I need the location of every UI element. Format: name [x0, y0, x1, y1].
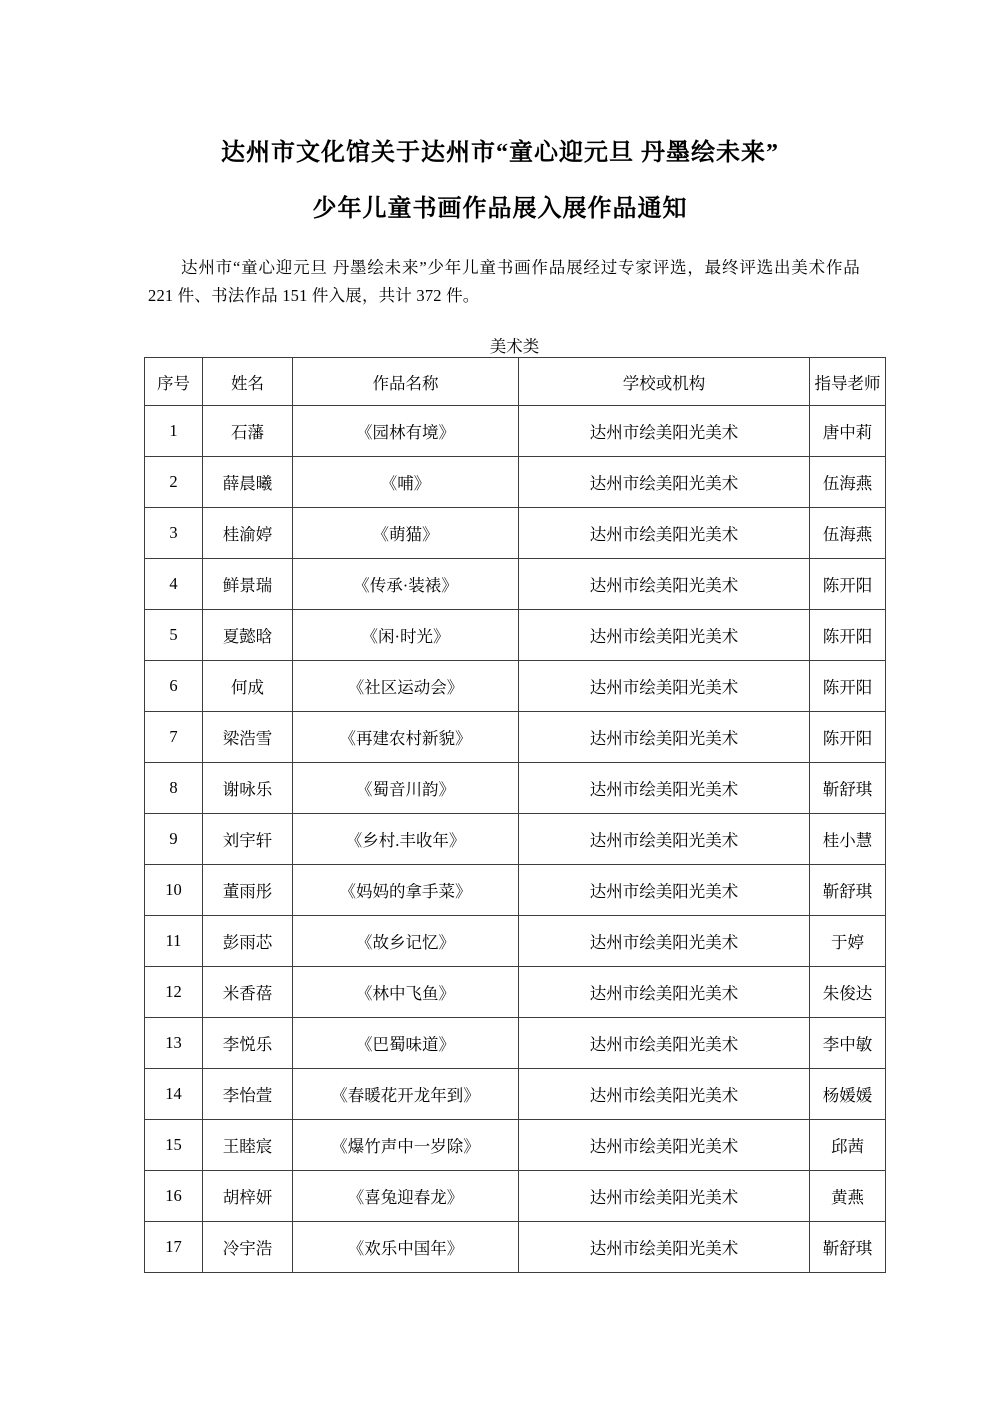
document-page: { "doc": { "title_line1": "达州市文化馆关于达州市“童… [0, 0, 1000, 1414]
table-row: 15王睦宸《爆竹声中一岁除》达州市绘美阳光美术邱茜 [145, 1120, 886, 1171]
table-row: 10董雨彤《妈妈的拿手菜》达州市绘美阳光美术靳舒琪 [145, 865, 886, 916]
cell-school: 达州市绘美阳光美术 [519, 967, 810, 1018]
cell-index: 13 [145, 1018, 203, 1069]
cell-index: 15 [145, 1120, 203, 1171]
cell-name: 米香蓓 [203, 967, 293, 1018]
cell-name: 梁浩雪 [203, 712, 293, 763]
cell-school: 达州市绘美阳光美术 [519, 1171, 810, 1222]
cell-artwork: 《再建农村新貌》 [293, 712, 519, 763]
cell-index: 8 [145, 763, 203, 814]
cell-teacher: 唐中莉 [810, 406, 886, 457]
cell-index: 10 [145, 865, 203, 916]
cell-school: 达州市绘美阳光美术 [519, 1018, 810, 1069]
table-row: 1石藩《园林有境》达州市绘美阳光美术唐中莉 [145, 406, 886, 457]
cell-artwork: 《传承·装裱》 [293, 559, 519, 610]
table-row: 12米香蓓《林中飞鱼》达州市绘美阳光美术朱俊达 [145, 967, 886, 1018]
cell-index: 6 [145, 661, 203, 712]
cell-artwork: 《爆竹声中一岁除》 [293, 1120, 519, 1171]
cell-artwork: 《蜀音川韵》 [293, 763, 519, 814]
cell-teacher: 靳舒琪 [810, 865, 886, 916]
cell-teacher: 伍海燕 [810, 457, 886, 508]
cell-school: 达州市绘美阳光美术 [519, 865, 810, 916]
cell-teacher: 李中敏 [810, 1018, 886, 1069]
cell-name: 彭雨芯 [203, 916, 293, 967]
cell-artwork: 《萌猫》 [293, 508, 519, 559]
cell-artwork: 《闲·时光》 [293, 610, 519, 661]
section-label: 美术类 [144, 333, 885, 357]
cell-school: 达州市绘美阳光美术 [519, 610, 810, 661]
cell-name: 夏懿晗 [203, 610, 293, 661]
cell-index: 11 [145, 916, 203, 967]
cell-index: 1 [145, 406, 203, 457]
column-header-teacher: 指导老师 [810, 358, 886, 406]
table-row: 11彭雨芯《故乡记忆》达州市绘美阳光美术于婷 [145, 916, 886, 967]
cell-teacher: 朱俊达 [810, 967, 886, 1018]
cell-school: 达州市绘美阳光美术 [519, 814, 810, 865]
table-row: 16胡梓妍《喜兔迎春龙》达州市绘美阳光美术黄燕 [145, 1171, 886, 1222]
cell-school: 达州市绘美阳光美术 [519, 712, 810, 763]
column-header-school: 学校或机构 [519, 358, 810, 406]
cell-artwork: 《妈妈的拿手菜》 [293, 865, 519, 916]
cell-artwork: 《哺》 [293, 457, 519, 508]
cell-artwork: 《欢乐中国年》 [293, 1222, 519, 1273]
cell-name: 桂渝婷 [203, 508, 293, 559]
cell-name: 胡梓妍 [203, 1171, 293, 1222]
cell-index: 7 [145, 712, 203, 763]
table-row: 8谢咏乐《蜀音川韵》达州市绘美阳光美术靳舒琪 [145, 763, 886, 814]
cell-index: 17 [145, 1222, 203, 1273]
cell-teacher: 陈开阳 [810, 559, 886, 610]
column-header-artwork: 作品名称 [293, 358, 519, 406]
cell-name: 谢咏乐 [203, 763, 293, 814]
table-row: 2薛晨曦《哺》达州市绘美阳光美术伍海燕 [145, 457, 886, 508]
cell-teacher: 陈开阳 [810, 712, 886, 763]
cell-school: 达州市绘美阳光美术 [519, 508, 810, 559]
cell-school: 达州市绘美阳光美术 [519, 916, 810, 967]
cell-teacher: 陈开阳 [810, 610, 886, 661]
cell-index: 3 [145, 508, 203, 559]
cell-teacher: 伍海燕 [810, 508, 886, 559]
cell-teacher: 靳舒琪 [810, 763, 886, 814]
cell-index: 9 [145, 814, 203, 865]
table-row: 13李悦乐《巴蜀味道》达州市绘美阳光美术李中敏 [145, 1018, 886, 1069]
table-row: 14李怡萱《春暖花开龙年到》达州市绘美阳光美术杨媛媛 [145, 1069, 886, 1120]
art-table: 序号姓名作品名称学校或机构指导老师 1石藩《园林有境》达州市绘美阳光美术唐中莉2… [144, 357, 886, 1273]
header-row: 序号姓名作品名称学校或机构指导老师 [145, 358, 886, 406]
intro-paragraph: 达州市“童心迎元旦 丹墨绘未来”少年儿童书画作品展经过专家评选，最终评选出美术作… [148, 254, 860, 310]
cell-artwork: 《社区运动会》 [293, 661, 519, 712]
cell-artwork: 《巴蜀味道》 [293, 1018, 519, 1069]
cell-school: 达州市绘美阳光美术 [519, 559, 810, 610]
cell-name: 鲜景瑞 [203, 559, 293, 610]
cell-school: 达州市绘美阳光美术 [519, 1120, 810, 1171]
cell-artwork: 《喜兔迎春龙》 [293, 1171, 519, 1222]
table-row: 5夏懿晗《闲·时光》达州市绘美阳光美术陈开阳 [145, 610, 886, 661]
cell-teacher: 陈开阳 [810, 661, 886, 712]
cell-artwork: 《园林有境》 [293, 406, 519, 457]
cell-school: 达州市绘美阳光美术 [519, 763, 810, 814]
cell-school: 达州市绘美阳光美术 [519, 1069, 810, 1120]
cell-teacher: 黄燕 [810, 1171, 886, 1222]
cell-index: 14 [145, 1069, 203, 1120]
cell-name: 李怡萱 [203, 1069, 293, 1120]
cell-artwork: 《春暖花开龙年到》 [293, 1069, 519, 1120]
cell-index: 12 [145, 967, 203, 1018]
cell-name: 刘宇轩 [203, 814, 293, 865]
cell-school: 达州市绘美阳光美术 [519, 1222, 810, 1273]
cell-teacher: 于婷 [810, 916, 886, 967]
cell-name: 董雨彤 [203, 865, 293, 916]
table-row: 3桂渝婷《萌猫》达州市绘美阳光美术伍海燕 [145, 508, 886, 559]
cell-artwork: 《故乡记忆》 [293, 916, 519, 967]
cell-name: 冷宇浩 [203, 1222, 293, 1273]
cell-school: 达州市绘美阳光美术 [519, 406, 810, 457]
cell-index: 4 [145, 559, 203, 610]
table-row: 4鲜景瑞《传承·装裱》达州市绘美阳光美术陈开阳 [145, 559, 886, 610]
cell-teacher: 邱茜 [810, 1120, 886, 1171]
table-row: 6何成《社区运动会》达州市绘美阳光美术陈开阳 [145, 661, 886, 712]
table-row: 7梁浩雪《再建农村新貌》达州市绘美阳光美术陈开阳 [145, 712, 886, 763]
column-header-index: 序号 [145, 358, 203, 406]
cell-name: 李悦乐 [203, 1018, 293, 1069]
cell-name: 何成 [203, 661, 293, 712]
table-row: 9刘宇轩《乡村.丰收年》达州市绘美阳光美术桂小慧 [145, 814, 886, 865]
table-row: 17冷宇浩《欢乐中国年》达州市绘美阳光美术靳舒琪 [145, 1222, 886, 1273]
cell-teacher: 桂小慧 [810, 814, 886, 865]
cell-school: 达州市绘美阳光美术 [519, 457, 810, 508]
cell-school: 达州市绘美阳光美术 [519, 661, 810, 712]
cell-index: 2 [145, 457, 203, 508]
cell-index: 5 [145, 610, 203, 661]
cell-teacher: 靳舒琪 [810, 1222, 886, 1273]
cell-name: 王睦宸 [203, 1120, 293, 1171]
art-table-header: 序号姓名作品名称学校或机构指导老师 [145, 358, 886, 406]
doc-title-line1: 达州市文化馆关于达州市“童心迎元旦 丹墨绘未来” [0, 132, 1000, 167]
cell-index: 16 [145, 1171, 203, 1222]
column-header-name: 姓名 [203, 358, 293, 406]
cell-name: 薛晨曦 [203, 457, 293, 508]
cell-artwork: 《林中飞鱼》 [293, 967, 519, 1018]
doc-title-line2: 少年儿童书画作品展入展作品通知 [0, 188, 1000, 223]
cell-name: 石藩 [203, 406, 293, 457]
art-table-body: 1石藩《园林有境》达州市绘美阳光美术唐中莉2薛晨曦《哺》达州市绘美阳光美术伍海燕… [145, 406, 886, 1273]
cell-artwork: 《乡村.丰收年》 [293, 814, 519, 865]
cell-teacher: 杨媛媛 [810, 1069, 886, 1120]
